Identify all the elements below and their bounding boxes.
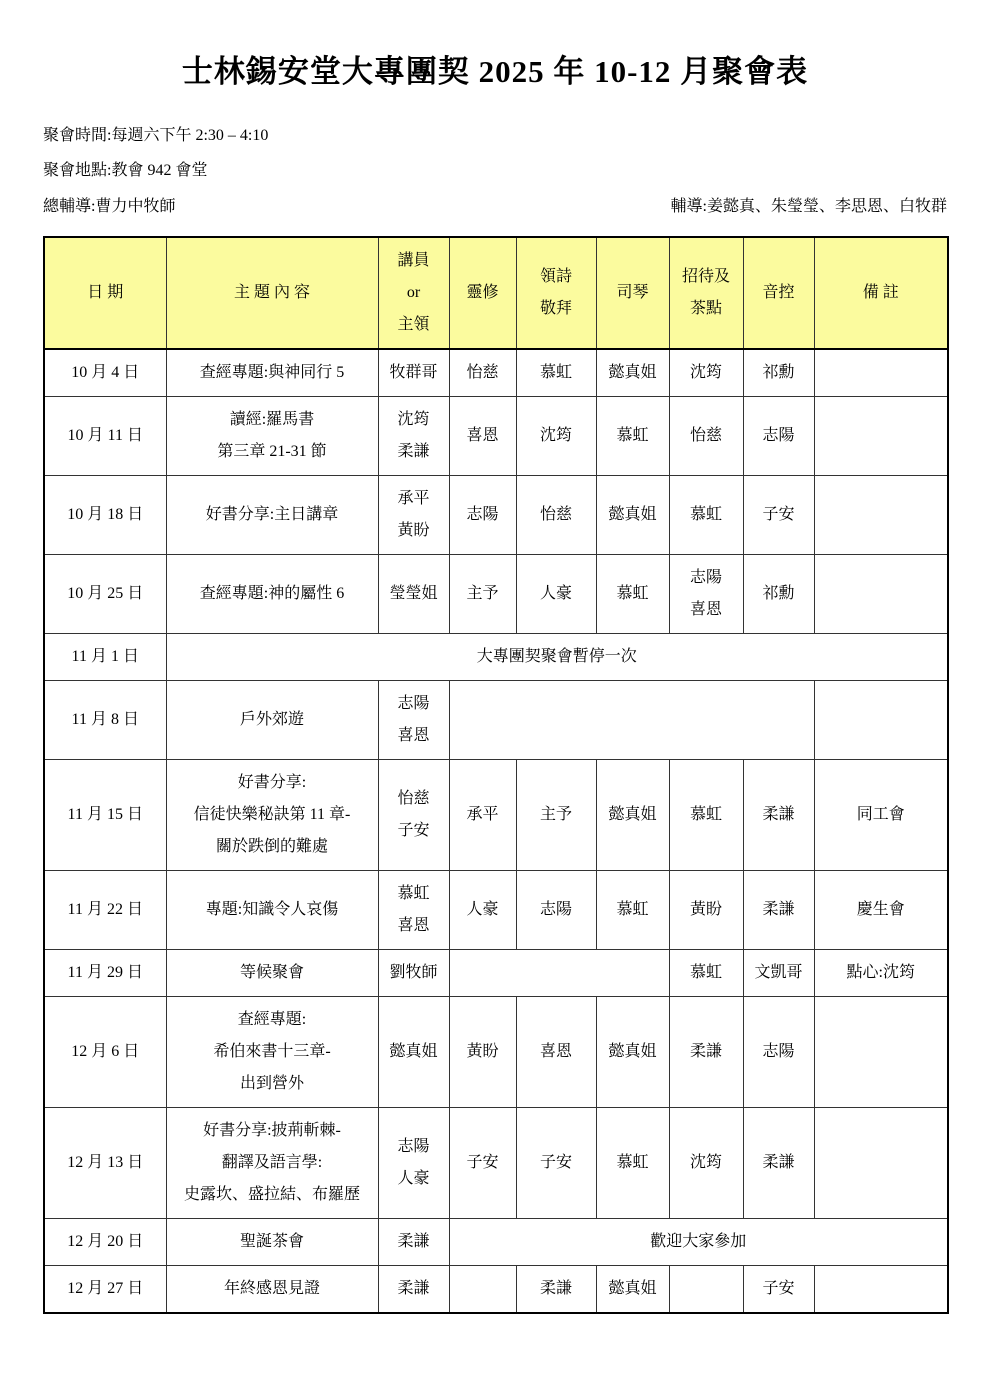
table-cell: 同工會	[814, 759, 948, 870]
table-cell: 祁勳	[743, 554, 814, 633]
table-cell: 懿真姐	[596, 996, 669, 1107]
table-cell: 柔謙	[743, 1107, 814, 1218]
table-cell: 怡慈	[516, 475, 596, 554]
table-cell: 瑩瑩姐	[378, 554, 449, 633]
table-row: 10 月 25 日查經專題:神的屬性 6瑩瑩姐主予人豪慕虹志陽 喜恩祁勳	[44, 554, 948, 633]
table-cell: 柔謙	[378, 1218, 449, 1265]
column-header: 講員 or 主領	[378, 237, 449, 349]
table-cell: 好書分享:主日講章	[166, 475, 378, 554]
table-cell: 懿真姐	[596, 475, 669, 554]
column-header: 音控	[743, 237, 814, 349]
table-cell: 柔謙	[743, 870, 814, 949]
table-cell: 慕虹	[596, 396, 669, 475]
table-cell: 柔謙	[378, 1265, 449, 1313]
table-cell: 志陽	[516, 870, 596, 949]
column-header: 日 期	[44, 237, 166, 349]
table-cell: 懿真姐	[378, 996, 449, 1107]
table-cell: 慕虹	[596, 554, 669, 633]
table-cell: 12 月 13 日	[44, 1107, 166, 1218]
table-cell: 黃盼	[669, 870, 743, 949]
table-row: 10 月 4 日查經專題:與神同行 5牧群哥怡慈慕虹懿真姐沈筠祁勳	[44, 349, 948, 397]
table-cell: 沈筠	[516, 396, 596, 475]
advisors: 輔導:姜懿真、朱瑩瑩、李思恩、白牧群	[671, 197, 947, 216]
table-cell: 沈筠	[669, 1107, 743, 1218]
table-cell: 怡慈	[449, 349, 516, 397]
table-cell: 子安	[449, 1107, 516, 1218]
table-cell: 牧群哥	[378, 349, 449, 397]
table-cell	[449, 680, 814, 759]
table-cell: 查經專題:神的屬性 6	[166, 554, 378, 633]
table-cell: 懿真姐	[596, 1265, 669, 1313]
table-cell: 主予	[516, 759, 596, 870]
table-cell	[449, 1265, 516, 1313]
column-header: 司琴	[596, 237, 669, 349]
table-cell: 10 月 4 日	[44, 349, 166, 397]
table-cell: 承平 黃盼	[378, 475, 449, 554]
table-cell: 慕虹	[596, 1107, 669, 1218]
table-cell: 慶生會	[814, 870, 948, 949]
table-cell: 10 月 11 日	[44, 396, 166, 475]
table-row: 11 月 29 日等候聚會劉牧師慕虹文凱哥點心:沈筠	[44, 949, 948, 996]
table-cell: 怡慈 子安	[378, 759, 449, 870]
table-cell: 慕虹	[669, 475, 743, 554]
table-cell: 11 月 22 日	[44, 870, 166, 949]
table-cell: 專題:知識令人哀傷	[166, 870, 378, 949]
table-cell: 查經專題: 希伯來書十三章- 出到營外	[166, 996, 378, 1107]
table-cell: 11 月 1 日	[44, 633, 166, 680]
table-cell: 12 月 20 日	[44, 1218, 166, 1265]
table-cell: 人豪	[449, 870, 516, 949]
table-cell: 志陽	[743, 396, 814, 475]
table-cell: 志陽 喜恩	[378, 680, 449, 759]
table-cell: 11 月 29 日	[44, 949, 166, 996]
column-header: 備 註	[814, 237, 948, 349]
table-cell: 志陽 人豪	[378, 1107, 449, 1218]
table-cell	[669, 1265, 743, 1313]
table-cell: 慕虹	[516, 349, 596, 397]
table-cell: 黃盼	[449, 996, 516, 1107]
table-cell: 11 月 15 日	[44, 759, 166, 870]
table-row: 12 月 20 日聖誕茶會柔謙歡迎大家參加	[44, 1218, 948, 1265]
table-cell: 柔謙	[669, 996, 743, 1107]
table-cell: 懿真姐	[596, 349, 669, 397]
table-row: 11 月 15 日好書分享: 信徒快樂秘訣第 11 章- 關於跌倒的難處怡慈 子…	[44, 759, 948, 870]
table-cell: 志陽	[743, 996, 814, 1107]
table-cell: 劉牧師	[378, 949, 449, 996]
table-cell: 柔謙	[516, 1265, 596, 1313]
table-cell	[814, 1265, 948, 1313]
chief-advisor: 總輔導:曹力中牧師	[43, 197, 175, 216]
table-cell: 子安	[516, 1107, 596, 1218]
table-row: 12 月 27 日年終感恩見證柔謙柔謙懿真姐子安	[44, 1265, 948, 1313]
table-cell: 11 月 8 日	[44, 680, 166, 759]
table-cell: 等候聚會	[166, 949, 378, 996]
table-cell: 讀經:羅馬書 第三章 21-31 節	[166, 396, 378, 475]
table-cell: 沈筠 柔謙	[378, 396, 449, 475]
table-cell: 慕虹	[669, 949, 743, 996]
table-cell	[814, 396, 948, 475]
meeting-place: 聚會地點:教會 942 會堂	[43, 161, 947, 180]
table-cell: 人豪	[516, 554, 596, 633]
table-cell: 12 月 6 日	[44, 996, 166, 1107]
table-cell: 年終感恩見證	[166, 1265, 378, 1313]
header-row: 日 期主 題 內 容講員 or 主領靈修領詩 敬拜司琴招待及 茶點音控備 註	[44, 237, 948, 349]
table-row: 11 月 1 日大專團契聚會暫停一次	[44, 633, 948, 680]
table-cell	[449, 949, 669, 996]
table-cell	[814, 680, 948, 759]
column-header: 招待及 茶點	[669, 237, 743, 349]
table-cell: 喜恩	[449, 396, 516, 475]
table-cell	[814, 475, 948, 554]
table-cell: 10 月 18 日	[44, 475, 166, 554]
schedule-table: 日 期主 題 內 容講員 or 主領靈修領詩 敬拜司琴招待及 茶點音控備 註 1…	[43, 236, 949, 1314]
table-cell: 好書分享:披荊斬棘- 翻譯及語言學: 史露坎、盛拉結、布羅歷	[166, 1107, 378, 1218]
table-cell: 聖誕茶會	[166, 1218, 378, 1265]
table-cell: 大專團契聚會暫停一次	[166, 633, 948, 680]
table-cell: 祁勳	[743, 349, 814, 397]
table-cell	[814, 1107, 948, 1218]
page-title: 士林錫安堂大專團契 2025 年 10-12 月聚會表	[43, 52, 947, 92]
advisor-row: 總輔導:曹力中牧師 輔導:姜懿真、朱瑩瑩、李思恩、白牧群	[43, 197, 947, 216]
table-cell: 主予	[449, 554, 516, 633]
column-header: 靈修	[449, 237, 516, 349]
column-header: 主 題 內 容	[166, 237, 378, 349]
table-cell: 子安	[743, 1265, 814, 1313]
table-cell: 慕虹 喜恩	[378, 870, 449, 949]
table-cell: 10 月 25 日	[44, 554, 166, 633]
table-cell: 喜恩	[516, 996, 596, 1107]
table-cell: 怡慈	[669, 396, 743, 475]
document-page: 士林錫安堂大專團契 2025 年 10-12 月聚會表 聚會時間:每週六下午 2…	[0, 0, 989, 1400]
table-cell: 文凱哥	[743, 949, 814, 996]
table-cell: 志陽	[449, 475, 516, 554]
table-row: 11 月 8 日戶外郊遊志陽 喜恩	[44, 680, 948, 759]
meeting-time: 聚會時間:每週六下午 2:30 – 4:10	[43, 126, 947, 145]
table-cell: 戶外郊遊	[166, 680, 378, 759]
table-cell	[814, 554, 948, 633]
table-cell: 承平	[449, 759, 516, 870]
table-row: 11 月 22 日專題:知識令人哀傷慕虹 喜恩人豪志陽慕虹黃盼柔謙慶生會	[44, 870, 948, 949]
table-cell	[814, 996, 948, 1107]
table-cell: 12 月 27 日	[44, 1265, 166, 1313]
table-cell: 柔謙	[743, 759, 814, 870]
table-cell: 慕虹	[596, 870, 669, 949]
table-body: 10 月 4 日查經專題:與神同行 5牧群哥怡慈慕虹懿真姐沈筠祁勳10 月 11…	[44, 349, 948, 1313]
table-row: 12 月 6 日查經專題: 希伯來書十三章- 出到營外懿真姐黃盼喜恩懿真姐柔謙志…	[44, 996, 948, 1107]
table-cell: 歡迎大家參加	[449, 1218, 948, 1265]
table-cell: 沈筠	[669, 349, 743, 397]
table-row: 10 月 18 日好書分享:主日講章承平 黃盼志陽怡慈懿真姐慕虹子安	[44, 475, 948, 554]
table-cell: 懿真姐	[596, 759, 669, 870]
column-header: 領詩 敬拜	[516, 237, 596, 349]
table-cell: 慕虹	[669, 759, 743, 870]
table-cell	[814, 349, 948, 397]
table-cell: 查經專題:與神同行 5	[166, 349, 378, 397]
table-row: 10 月 11 日讀經:羅馬書 第三章 21-31 節沈筠 柔謙喜恩沈筠慕虹怡慈…	[44, 396, 948, 475]
table-cell: 點心:沈筠	[814, 949, 948, 996]
table-cell: 子安	[743, 475, 814, 554]
info-block: 聚會時間:每週六下午 2:30 – 4:10 聚會地點:教會 942 會堂 總輔…	[43, 126, 947, 216]
table-cell: 好書分享: 信徒快樂秘訣第 11 章- 關於跌倒的難處	[166, 759, 378, 870]
table-cell: 志陽 喜恩	[669, 554, 743, 633]
table-row: 12 月 13 日好書分享:披荊斬棘- 翻譯及語言學: 史露坎、盛拉結、布羅歷志…	[44, 1107, 948, 1218]
